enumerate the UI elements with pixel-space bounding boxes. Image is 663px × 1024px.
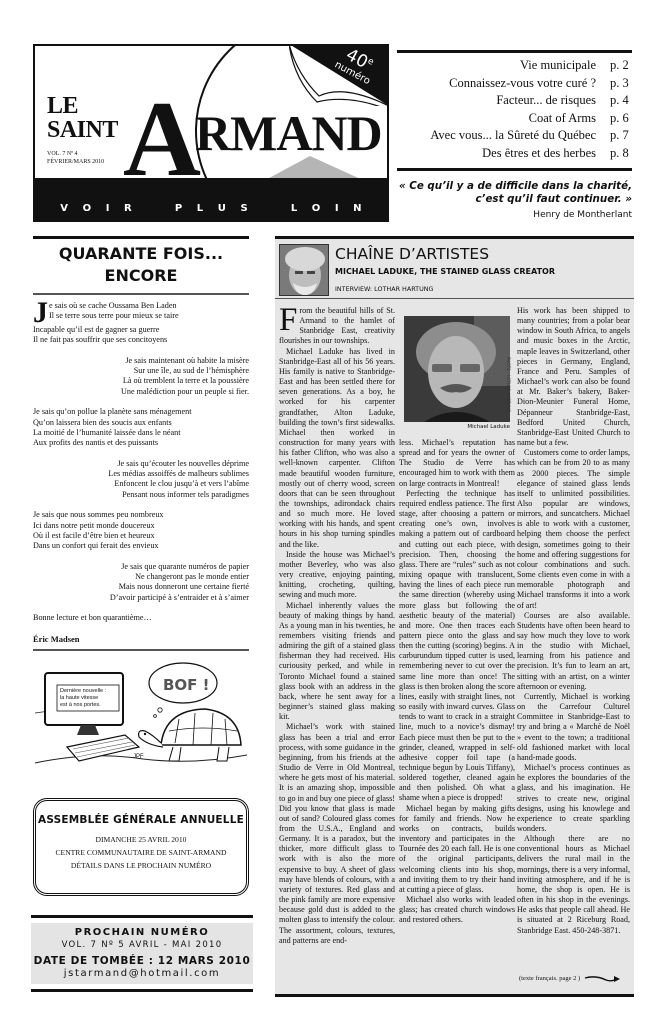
poem-title-line: ENCORE xyxy=(33,265,249,287)
quote-line: c’est qu’il faut continuer. » xyxy=(392,193,632,206)
poem-line: Pensant nous informer tels paradigmes xyxy=(33,490,249,500)
next-issue-volume: VOL. 7 Nº 5 AVRIL - MAI 2010 xyxy=(31,939,253,951)
poem-line: Mais nous donneront une certaine fierté xyxy=(33,582,249,592)
article-column-3: His work has been shipped to many countr… xyxy=(517,306,630,936)
poem-line: Ici dans notre petit monde doucereux xyxy=(33,521,249,531)
article-paragraph: Perfecting the technique has required en… xyxy=(399,489,515,804)
poem-author: Éric Madsen xyxy=(33,634,249,644)
poem-line: Je sais qu’écouter les nouvelles déprime xyxy=(33,459,249,469)
next-issue-box: PROCHAIN NUMÉRO VOL. 7 Nº 5 AVRIL - MAI … xyxy=(31,915,253,992)
quote-author: Henry de Montherlant xyxy=(392,209,632,222)
tagline-letter: O xyxy=(312,203,321,214)
article-paragraph: less. Michael’s reputation has spread an… xyxy=(399,438,515,489)
article-paragraph: Michael began by making gifts for family… xyxy=(399,804,515,895)
toc-page: p. 3 xyxy=(596,75,632,93)
article-title: CHAÎNE D’ARTISTES xyxy=(335,245,489,263)
toc-item[interactable]: Avec vous... la Sûreté du Québecp. 7 xyxy=(397,127,632,145)
notice-location: CENTRE COMMUNAUTAIRE DE SAINT-ARMAND xyxy=(36,846,246,859)
drop-cap: F xyxy=(279,307,297,333)
poem-line: Qu’on laissera bien des soucis aux enfan… xyxy=(33,418,249,428)
poem-line: Ne changeront pas le monde entier xyxy=(33,572,249,582)
article-bottom-rule xyxy=(275,994,634,997)
poem-line: Je sais que nous sommes peu nombreux xyxy=(33,510,249,520)
title-le: LE xyxy=(47,94,78,118)
toc-page: p. 6 xyxy=(596,110,632,128)
toc-page: p. 7 xyxy=(596,127,632,145)
annual-meeting-notice: ASSEMBLÉE GÉNÉRALE ANNUELLE DIMANCHE 25 … xyxy=(33,798,249,896)
notice-title: ASSEMBLÉE GÉNÉRALE ANNUELLE xyxy=(36,813,246,827)
poem-body: J e sais où se cache Oussama Ben Laden I… xyxy=(33,301,249,644)
toc-title: Connaissez-vous votre curé ? xyxy=(449,75,596,93)
drop-cap: J xyxy=(33,301,48,325)
poem-line: Il se terre sous terre pour mieux se tai… xyxy=(33,311,249,321)
toc-title: Des êtres et des herbes xyxy=(482,145,596,163)
article-paragraph: Michael’s process continues as he explor… xyxy=(517,763,630,834)
page-curl-icon xyxy=(289,44,389,106)
tagline-letter: S xyxy=(240,203,247,214)
contact-email-link[interactable]: jstarmand@hotmail.com xyxy=(31,968,253,980)
title-rmand: RMAND xyxy=(195,108,382,158)
poem-line: e sais où se cache Oussama Ben Laden xyxy=(33,301,249,311)
toc-item[interactable]: Des êtres et des herbesp. 8 xyxy=(397,145,632,163)
poem-line: Je sais maintenant où habite la misère xyxy=(33,356,249,366)
tagline-letter: O xyxy=(83,203,92,214)
tagline-letter: R xyxy=(124,203,132,214)
svg-text:la haute vitesse: la haute vitesse xyxy=(60,695,98,701)
article-byline: INTERVIEW: LOTHAR HARTUNG xyxy=(335,285,434,293)
poem-line: Aux profits des nantis et des puissants xyxy=(33,438,249,448)
section-divider xyxy=(33,649,249,651)
next-issue-title: PROCHAIN NUMÉRO xyxy=(31,926,253,939)
french-text-reference[interactable]: (texte français. page 2 ) xyxy=(519,975,620,983)
poem-stanza: Je sais que quarante numéros de papier N… xyxy=(33,562,249,603)
poem-line: Les médias assoiffés de malheurs sublime… xyxy=(33,469,249,479)
volume-info: VOL. 7 Nº 4 FÉVRIER/MARS 2010 xyxy=(47,150,104,166)
toc-title: Facteur... de risques xyxy=(496,92,596,110)
poem-title-line: QUARANTE FOIS... xyxy=(33,243,249,265)
poem-closing: Bonne lecture et bon quarantième… xyxy=(33,613,249,623)
svg-text:BOF !: BOF ! xyxy=(163,676,210,694)
article-paragraph: From the beautiful hills of St. Armand t… xyxy=(279,306,395,347)
toc-page: p. 8 xyxy=(596,145,632,163)
poem-line: Je sais que quarante numéros de papier xyxy=(33,562,249,572)
poem-line: Dans un confort qui ferait des envieux xyxy=(33,541,249,551)
poem-stanza: Je sais que nous sommes peu nombreux Ici… xyxy=(33,510,249,551)
poem-line: Incapable qu’il est de gagner sa guerre xyxy=(33,325,249,335)
article-paragraph: Inside the house was Michael’s mother Be… xyxy=(279,550,395,601)
epigraph-quote: « Ce qu’il y a de difficile dans la char… xyxy=(392,180,632,222)
poem-line: D’avoir participé à s’entraider et à s’a… xyxy=(33,593,249,603)
article-column-2: less. Michael’s reputation has spread an… xyxy=(399,438,515,926)
article-paragraph: Although there are no conventional hours… xyxy=(517,834,630,936)
article-paragraph: Michael inherently values the beauty of … xyxy=(279,601,395,723)
poem-line: Où il est facile d’être bien et heureux xyxy=(33,531,249,541)
svg-text:JPF: JPF xyxy=(133,754,144,760)
toc-title: Coat of Arms xyxy=(529,110,596,128)
article-paragraph: Currently, Michael is working on the Car… xyxy=(517,692,630,763)
svg-text:est à nos portes.: est à nos portes. xyxy=(60,702,101,708)
article-column-1: From the beautiful hills of St. Armand t… xyxy=(279,306,395,946)
toc-title: Vie municipale xyxy=(520,57,596,75)
article-paragraph: Michael Laduke has lived in Stanbridge-E… xyxy=(279,347,395,550)
toc-item[interactable]: Connaissez-vous votre curé ?p. 3 xyxy=(397,75,632,93)
poem-line: Une malédiction pour un peuple si fier. xyxy=(33,387,249,397)
poem-line: Là où tremblent la terre et la poussière xyxy=(33,376,249,386)
article-paragraph: His work has been shipped to many countr… xyxy=(517,306,630,448)
article-paragraph: Michael also works with leaded glass; ha… xyxy=(399,895,515,925)
french-ref-label: (texte français. page 2 ) xyxy=(519,975,580,983)
toc-page: p. 2 xyxy=(596,57,632,75)
article-paragraph: Courses are also available. Students hav… xyxy=(517,611,630,692)
toc-page: p. 4 xyxy=(596,92,632,110)
volume-number: VOL. 7 Nº 4 xyxy=(47,150,104,158)
poem-stanza: Je sais qu’on pollue la planète sans mén… xyxy=(33,407,249,448)
poem-line: Enfoncent le clou jusqu’à et vers l’abîm… xyxy=(33,479,249,489)
svg-text:Dernière nouvelle :: Dernière nouvelle : xyxy=(60,688,107,694)
quote-line: « Ce qu’il y a de difficile dans la char… xyxy=(392,180,632,193)
tagline-letter: I xyxy=(106,203,110,214)
title-saint: SAINT xyxy=(47,118,118,142)
article-header: CHAÎNE D’ARTISTES MICHAEL LADUKE, THE ST… xyxy=(275,239,634,299)
submission-deadline: DATE DE TOMBÉE : 12 MARS 2010 xyxy=(31,955,253,968)
tagline-letter: P xyxy=(175,203,182,214)
toc-item[interactable]: Facteur... de risquesp. 4 xyxy=(397,92,632,110)
article-paragraph: Michael’s work with stained glass has be… xyxy=(279,722,395,945)
tagline-letter: L xyxy=(291,203,297,214)
feature-article: CHAÎNE D’ARTISTES MICHAEL LADUKE, THE ST… xyxy=(275,236,634,994)
poem-line: La moitié de l’humanité laissée dans le … xyxy=(33,428,249,438)
poem-stanza: Je sais qu’écouter les nouvelles déprime… xyxy=(33,459,249,500)
turtle-cartoon-illustration: Dernière nouvelle : la haute vitesse est… xyxy=(33,655,249,773)
tagline-letter: L xyxy=(197,203,203,214)
toc-item[interactable]: Coat of Armsp. 6 xyxy=(397,110,632,128)
poem-stanza: Je sais maintenant où habite la misère S… xyxy=(33,356,249,397)
notice-date: DIMANCHE 25 AVRIL 2010 xyxy=(36,833,246,846)
tagline-letter: I xyxy=(335,203,339,214)
article-paragraph: Customers come to order lamps, which can… xyxy=(517,448,630,611)
artist-thumbnail-photo xyxy=(279,244,329,296)
poem-line: Je sais qu’on pollue la planète sans mén… xyxy=(33,407,249,417)
toc-title: Avec vous... la Sûreté du Québec xyxy=(430,127,596,145)
artist-portrait-photo xyxy=(404,316,510,422)
article-subtitle: MICHAEL LADUKE, THE STAINED GLASS CREATO… xyxy=(335,267,555,277)
poem-line: Il ne fait pas souffrir que ses concitoy… xyxy=(33,335,249,345)
toc-item[interactable]: Vie municipalep. 2 xyxy=(397,57,632,75)
arrow-right-icon xyxy=(584,975,620,983)
photo-credit: PHOTO : LOTHAR HARTUNG xyxy=(506,357,511,412)
poem-stanza: J e sais où se cache Oussama Ben Laden I… xyxy=(33,301,249,346)
poem-heading: QUARANTE FOIS... ENCORE xyxy=(33,236,249,295)
masthead-logo: 40e numéro LE SAINT A RMAND VOL. 7 Nº 4 … xyxy=(33,44,389,222)
tagline-letter: N xyxy=(353,203,361,214)
photo-caption: Michael Laduke xyxy=(404,424,510,431)
table-of-contents: Vie municipalep. 2 Connaissez-vous votre… xyxy=(397,50,632,171)
tagline: V O I R P L U S L O I N xyxy=(35,203,387,214)
tagline-letter: V xyxy=(60,203,68,214)
issue-date: FÉVRIER/MARS 2010 xyxy=(47,158,104,166)
notice-details: DÉTAILS DANS LE PROCHAIN NUMÉRO xyxy=(36,859,246,872)
poem-line: Sur une île, au sud de l’hémisphère xyxy=(33,366,249,376)
tagline-letter: U xyxy=(218,203,226,214)
